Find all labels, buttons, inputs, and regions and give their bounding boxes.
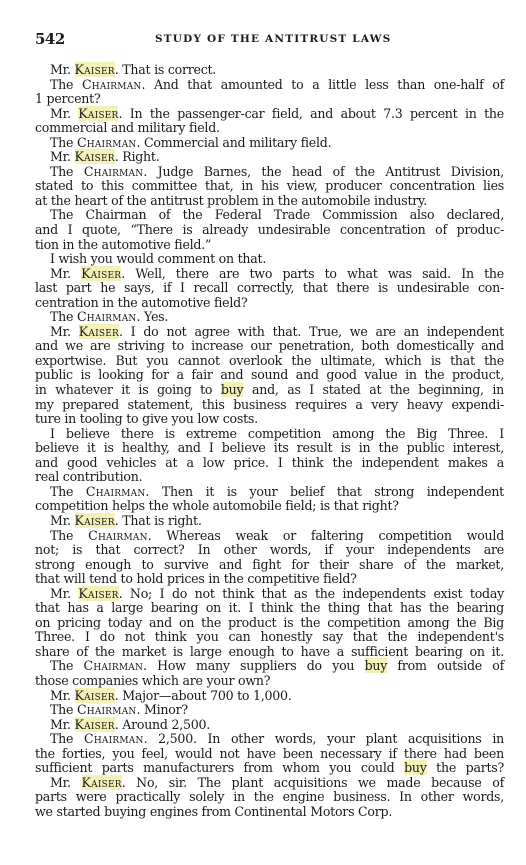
text-line: Mr. Kaiser. Right. bbox=[35, 150, 504, 165]
text-line: on pricing today and on the product is t… bbox=[35, 616, 504, 631]
speaker-chairman: Chairman bbox=[82, 77, 142, 92]
speaker-kaiser: Kaiser bbox=[82, 775, 122, 790]
speaker-kaiser: Kaiser bbox=[75, 717, 115, 732]
text-line: parts were practically solely in the eng… bbox=[35, 790, 504, 805]
text-line: ture in tooling to give you low costs. bbox=[35, 412, 504, 427]
speaker-kaiser: Kaiser bbox=[79, 324, 119, 339]
transcript-body: Mr. Kaiser. That is correct. The Chairma… bbox=[35, 63, 504, 819]
text-line: The Chairman. Whereas weak or faltering … bbox=[35, 529, 504, 544]
text-line: The Chairman. Minor? bbox=[35, 703, 504, 718]
text-line: Mr. Kaiser. Well, there are two parts to… bbox=[35, 267, 504, 282]
speaker-chairman: Chairman bbox=[77, 702, 137, 717]
speaker-chairman: Chairman bbox=[84, 658, 144, 673]
text-line: Mr. Kaiser. That is right. bbox=[35, 514, 504, 529]
text-line: and I quote, “There is already undesirab… bbox=[35, 223, 504, 238]
text-line: exportwise. But you cannot overlook the … bbox=[35, 354, 504, 369]
text-line: public is looking for a fair and sound a… bbox=[35, 368, 504, 383]
text-line: and good vehicles at a low price. I thin… bbox=[35, 456, 504, 471]
text-line: believe it is healthy, and I believe its… bbox=[35, 441, 504, 456]
speaker-chairman: Chairman bbox=[84, 164, 144, 179]
speaker-kaiser: Kaiser bbox=[75, 149, 115, 164]
text-line: The Chairman. Then it is your belief tha… bbox=[35, 485, 504, 500]
text-line: commercial and military field. bbox=[35, 121, 504, 136]
text-line: the forties, you feel, would not have be… bbox=[35, 747, 504, 762]
speaker-chairman: Chairman bbox=[77, 135, 137, 150]
speaker-chairman: Chairman bbox=[86, 484, 146, 499]
text-line: strong enough to survive and fight for t… bbox=[35, 558, 504, 573]
text-line: The Chairman of the Federal Trade Commis… bbox=[35, 208, 504, 223]
text-line: The Chairman. Judge Barnes, the head of … bbox=[35, 165, 504, 180]
text-line: Mr. Kaiser. No, sir. The plant acquisiti… bbox=[35, 776, 504, 791]
text-line: my prepared statement, this business req… bbox=[35, 398, 504, 413]
text-line: not; is that correct? In other words, if… bbox=[35, 543, 504, 558]
text-line: we started buying engines from Continent… bbox=[35, 805, 504, 820]
text-line: I believe there is extreme competition a… bbox=[35, 427, 504, 442]
speaker-chairman: Chairman bbox=[77, 309, 137, 324]
running-title: STUDY OF THE ANTITRUST LAWS bbox=[155, 33, 391, 45]
text-line: share of the market is large enough to h… bbox=[35, 645, 504, 660]
text-line: centration in the automotive field? bbox=[35, 296, 504, 311]
text-line: that has a large bearing on it. I think … bbox=[35, 601, 504, 616]
speaker-kaiser: Kaiser bbox=[75, 62, 115, 77]
search-highlight-buy: buy bbox=[404, 760, 427, 775]
text-line: The Chairman. And that amounted to a lit… bbox=[35, 78, 504, 93]
text-line: The Chairman. How many suppliers do you … bbox=[35, 659, 504, 674]
speaker-kaiser: Kaiser bbox=[78, 586, 118, 601]
page-header: 542 STUDY OF THE ANTITRUST LAWS bbox=[35, 30, 505, 48]
text-line: real contribution. bbox=[35, 470, 504, 485]
speaker-kaiser: Kaiser bbox=[75, 513, 115, 528]
text-line: Mr. Kaiser. That is correct. bbox=[35, 63, 504, 78]
text-line: I wish you would comment on that. bbox=[35, 252, 504, 267]
text-line: Mr. Kaiser. Major—about 700 to 1,000. bbox=[35, 689, 504, 704]
text-line: that will tend to hold prices in the com… bbox=[35, 572, 504, 587]
text-line: competition helps the whole automobile f… bbox=[35, 499, 504, 514]
text-line: and we are striving to increase our pene… bbox=[35, 339, 504, 354]
speaker-kaiser: Kaiser bbox=[78, 106, 118, 121]
text-line: The Chairman. 2,500. In other words, you… bbox=[35, 732, 504, 747]
page-number: 542 bbox=[35, 30, 65, 48]
search-highlight-buy: buy bbox=[365, 658, 388, 673]
text-line: those companies which are your own? bbox=[35, 674, 504, 689]
text-line: tion in the automotive field.” bbox=[35, 238, 504, 253]
text-line: in whatever it is going to buy and, as I… bbox=[35, 383, 504, 398]
text-line: The Chairman. Commercial and military fi… bbox=[35, 136, 504, 151]
text-line: Three. I do not think you can honestly s… bbox=[35, 630, 504, 645]
text-line: Mr. Kaiser. Around 2,500. bbox=[35, 718, 504, 733]
text-line: Mr. Kaiser. In the passenger-car field, … bbox=[35, 107, 504, 122]
speaker-chairman: Chairman bbox=[84, 731, 144, 746]
text-line: sufficient parts manufacturers from whom… bbox=[35, 761, 504, 776]
search-highlight-buy: buy bbox=[221, 382, 244, 397]
speaker-chairman: Chairman bbox=[88, 528, 148, 543]
text-line: last part he says, if I recall correctly… bbox=[35, 281, 504, 296]
text-line: stated to this committee that, in his vi… bbox=[35, 179, 504, 194]
text-line: at the heart of the antitrust problem in… bbox=[35, 194, 504, 209]
text-line: Mr. Kaiser. No; I do not think that as t… bbox=[35, 587, 504, 602]
text-line: Mr. Kaiser. I do not agree with that. Tr… bbox=[35, 325, 504, 340]
speaker-kaiser: Kaiser bbox=[81, 266, 121, 281]
text-line: 1 percent? bbox=[35, 92, 504, 107]
text-line: The Chairman. Yes. bbox=[35, 310, 504, 325]
speaker-kaiser: Kaiser bbox=[75, 688, 115, 703]
